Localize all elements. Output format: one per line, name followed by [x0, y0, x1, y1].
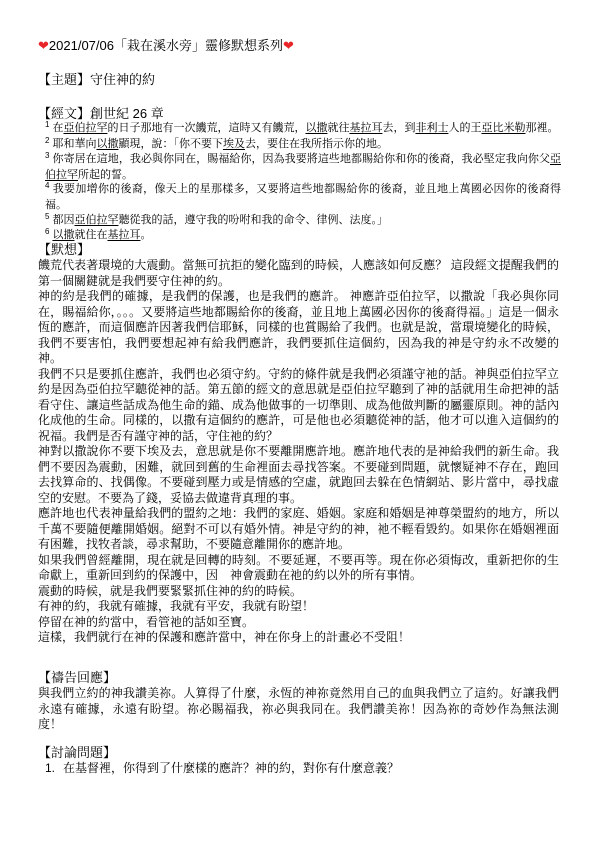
verse-number: 4	[45, 181, 49, 190]
proper-noun-underlined: 亞伯拉罕	[74, 214, 118, 226]
verse-text: 在	[52, 122, 63, 134]
discussion-item-text: 在基督裡，你得到了什麼樣的應許？神的約，對你有什麼意義？	[63, 761, 399, 777]
discussion-list: 1.在基督裡，你得到了什麼樣的應許？神的約，對你有什麼意義？	[45, 761, 559, 777]
verse-text: 的日子那地有一次饑荒，這時又有饑荒，	[107, 122, 305, 134]
prayer-body: 與我們立約的神我讚美祢。人算得了什麼，永恆的神祢竟然用自己的血與我們立了這約。好…	[38, 686, 559, 733]
proper-noun-underlined: 基拉耳	[349, 122, 382, 134]
proper-noun-underlined: 亞比米勒	[481, 122, 525, 134]
proper-noun-underlined: 亞伯拉罕	[63, 122, 107, 134]
prayer-heading: 【禱告回應】	[38, 670, 116, 686]
verse-number: 1	[45, 120, 49, 129]
meditation-paragraph: 震動的時候，就是我們要緊緊抓住神的約的時候。	[38, 584, 559, 600]
meditation-paragraph: 有神的約，我就有確據，我就有平安，我就有盼望！	[38, 599, 559, 615]
meditation-paragraph: 饑荒代表著環境的大震動。當無可抗拒的變化臨到的時候，人應該如何反應？ 這段經文提…	[38, 258, 559, 289]
meditation-paragraph: 如果我們曾經離開，現在就是回轉的時刻。不要延遲，不要再等。現在你必須悔改，重新把…	[38, 553, 559, 584]
verse-line: 1在亞伯拉罕的日子那地有一次饑荒，這時又有饑荒，以撒就往基拉耳去，到非利士人的王…	[45, 121, 561, 137]
verse-line: 6以撒就住在基拉耳。	[45, 228, 561, 244]
verse-text: 都因	[52, 214, 74, 226]
verse-number: 2	[45, 136, 49, 145]
scripture-label: 【經文】	[38, 106, 90, 121]
scripture-heading: 【經文】創世紀 26 章	[38, 106, 164, 122]
meditation-heading: 【默想】	[38, 242, 90, 258]
meditation-paragraph: 這樣，我們就行在神的保護和應許當中，神在你身上的計畫必不受阻！	[38, 630, 559, 646]
proper-noun-underlined: 埃及	[223, 138, 245, 150]
meditation-paragraph: 應許地也代表神量給我們的盟約之地：我們的家庭、婚姻。家庭和婚姻是神尊榮盟約的地方…	[38, 506, 559, 553]
verse-text: 就住在	[74, 229, 107, 241]
meditation-paragraph: 神對以撒說你不要下埃及去，意思就是你不要離開應許地。應許地代表的是神給我們的新生…	[38, 444, 559, 506]
scripture-reference: 創世紀 26 章	[90, 106, 164, 121]
verse-number: 5	[45, 212, 49, 221]
proper-noun-underlined: 非利士	[415, 122, 448, 134]
proper-noun-underlined: 以撒	[305, 122, 327, 134]
verse-text: 所起的誓。	[78, 169, 133, 181]
verse-text: 你寄居在這地，我必與你同在，賜福給你，因為我要將這些地都賜給你和你的後裔，我必堅…	[52, 153, 550, 165]
heart-icon: ❤	[38, 38, 49, 53]
proper-noun-underlined: 以撒	[52, 229, 74, 241]
verse-text: 我要加增你的後裔，像天上的星那樣多，又要將這些地都賜給你的後裔，並且地上萬國必因…	[45, 183, 561, 211]
discussion-heading: 【討論問題】	[38, 745, 116, 761]
verse-text: 。	[140, 229, 151, 241]
meditation-paragraph: 神的約是我們的確據，是我們的保護，也是我們的應許。 神應許亞伯拉罕，以撒說「我必…	[38, 289, 559, 367]
doc-title-line: ❤2021/07/06「栽在溪水旁」靈修默想系列❤	[38, 38, 294, 54]
doc-title-text: 2021/07/06「栽在溪水旁」靈修默想系列	[49, 38, 283, 53]
theme-heading: 【主題】守住神的約	[38, 72, 155, 88]
heart-icon: ❤	[283, 38, 294, 53]
meditation-paragraph: 停留在神的約當中，看管祂的話如至寶。	[38, 615, 559, 631]
verse-text: 聽從我的話，遵守我的吩咐和我的命令、律例、法度。」	[118, 214, 388, 226]
verse-number: 3	[45, 151, 49, 160]
verse-text: 顯現，說：「你不要下	[118, 138, 223, 150]
document-page: ❤2021/07/06「栽在溪水旁」靈修默想系列❤ 【主題】守住神的約 【經文】…	[0, 0, 595, 842]
verse-text: 去，到	[382, 122, 415, 134]
verse-text: 人的王	[448, 122, 481, 134]
proper-noun-underlined: 以撒	[96, 138, 118, 150]
verse-number: 6	[45, 227, 49, 236]
discussion-item: 1.在基督裡，你得到了什麼樣的應許？神的約，對你有什麼意義？	[45, 761, 559, 777]
theme-title: 守住神的約	[90, 72, 155, 87]
meditation-body: 饑荒代表著環境的大震動。當無可抗拒的變化臨到的時候，人應該如何反應？ 這段經文提…	[38, 258, 559, 646]
verse-line: 4我要加增你的後裔，像天上的星那樣多，又要將這些地都賜給你的後裔，並且地上萬國必…	[45, 182, 561, 212]
verse-text: 就往	[327, 122, 349, 134]
verse-text: 去，要住在我所指示你的地。	[245, 138, 388, 150]
verse-line: 2耶和華向以撒顯現，說：「你不要下埃及去，要住在我所指示你的地。	[45, 137, 561, 153]
verse-text: 耶和華向	[52, 138, 96, 150]
verse-line: 3你寄居在這地，我必與你同在，賜福給你，因為我要將這些地都賜給你和你的後裔，我必…	[45, 152, 561, 182]
discussion-item-number: 1.	[45, 761, 55, 777]
meditation-paragraph: 我們不只是要抓住應許，我們也必須守約。守約的條件就是我們必須謹守祂的話。神與亞伯…	[38, 367, 559, 445]
scripture-verses: 1在亞伯拉罕的日子那地有一次饑荒，這時又有饑荒，以撒就往基拉耳去，到非利士人的王…	[45, 121, 561, 244]
verse-line: 5都因亞伯拉罕聽從我的話，遵守我的吩咐和我的命令、律例、法度。」	[45, 213, 561, 229]
verse-text: 那裡。	[525, 122, 558, 134]
proper-noun-underlined: 基拉耳	[107, 229, 140, 241]
prayer-paragraph: 與我們立約的神我讚美祢。人算得了什麼，永恆的神祢竟然用自己的血與我們立了這約。好…	[38, 686, 559, 733]
theme-label: 【主題】	[38, 72, 90, 87]
